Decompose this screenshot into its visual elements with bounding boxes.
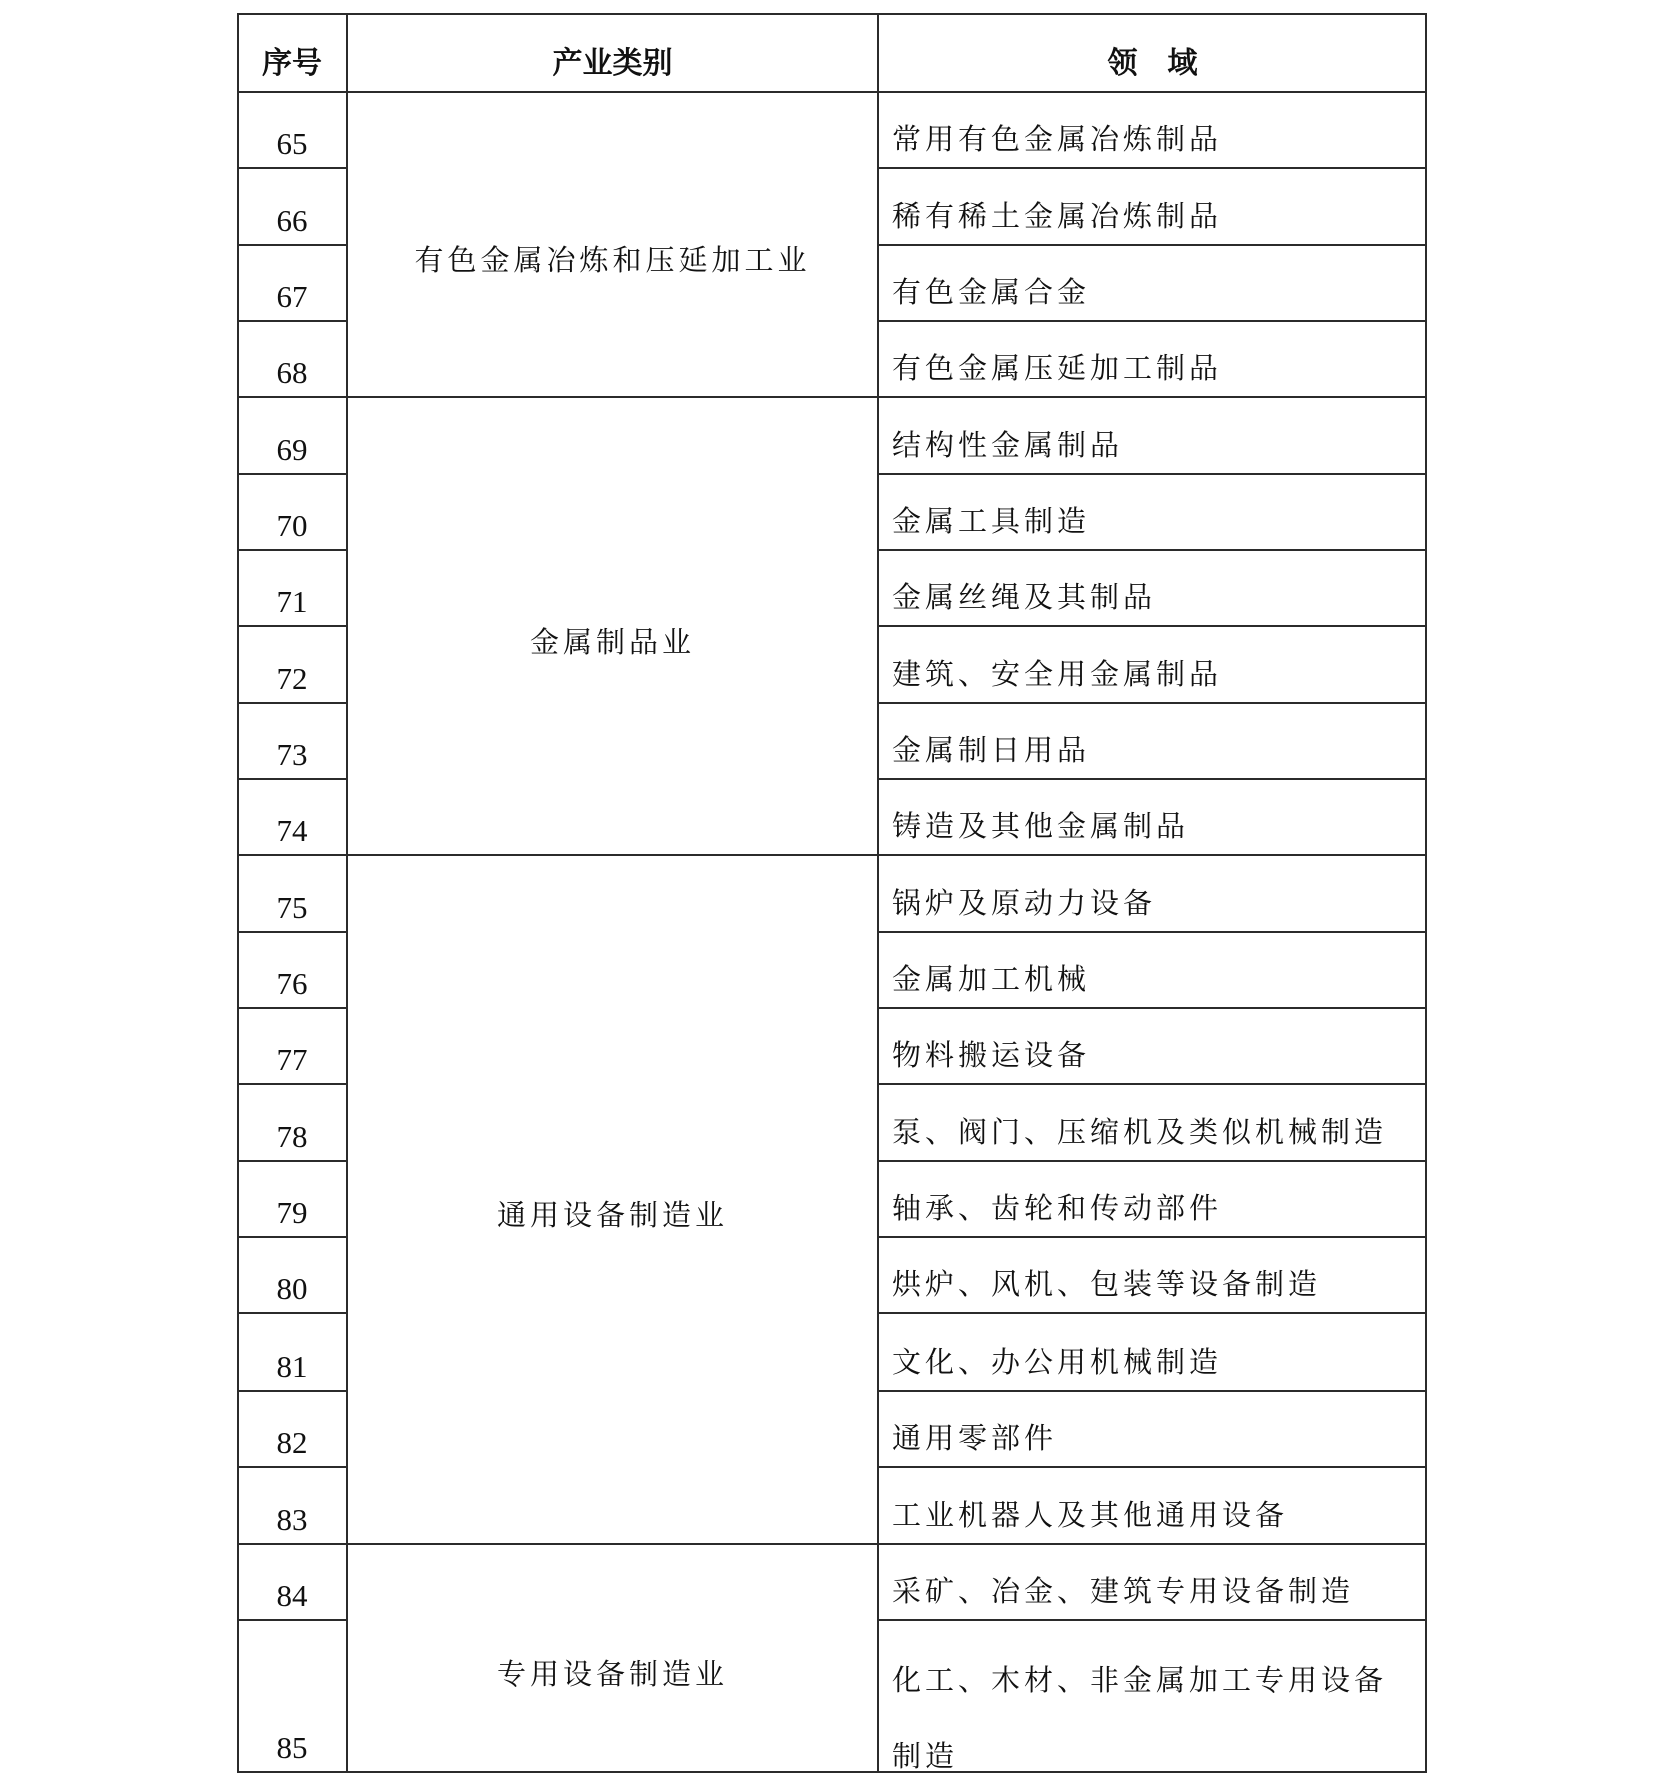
row-number: 81 (237, 1313, 347, 1391)
category-cell: 专用设备制造业 (347, 1544, 878, 1772)
row-number: 66 (237, 168, 347, 245)
table-border-right (1425, 13, 1427, 1773)
row-divider (237, 1083, 347, 1085)
domain-cell: 稀有稀土金属冶炼制品 (878, 168, 1427, 245)
row-number: 78 (237, 1084, 347, 1161)
domain-cell: 通用零部件 (878, 1391, 1427, 1467)
row-number: 65 (237, 92, 347, 168)
row-divider (237, 167, 347, 169)
row-divider (237, 473, 347, 475)
row-number: 70 (237, 474, 347, 550)
row-divider (878, 1236, 1427, 1238)
domain-cell: 采矿、冶金、建筑专用设备制造 (878, 1544, 1427, 1620)
column-divider (877, 13, 879, 1773)
row-number: 84 (237, 1544, 347, 1620)
row-number: 83 (237, 1467, 347, 1544)
domain-cell: 金属工具制造 (878, 474, 1427, 550)
column-divider (346, 13, 348, 1773)
table-border-left (237, 13, 239, 1773)
category-cell: 通用设备制造业 (347, 855, 878, 1544)
row-divider (237, 244, 347, 246)
domain-cell: 有色金属压延加工制品 (878, 321, 1427, 397)
row-divider (878, 1312, 1427, 1314)
row-divider (878, 473, 1427, 475)
row-number: 80 (237, 1237, 347, 1313)
domain-cell: 锅炉及原动力设备 (878, 855, 1427, 932)
row-divider (878, 1619, 1427, 1621)
row-divider (237, 1312, 347, 1314)
domain-line: 制造 (892, 1718, 958, 1789)
row-divider (878, 702, 1427, 704)
row-divider (878, 1083, 1427, 1085)
row-number: 68 (237, 321, 347, 397)
domain-cell: 文化、办公用机械制造 (878, 1313, 1427, 1391)
group-divider (237, 1543, 1427, 1545)
header-divider (237, 91, 1427, 93)
row-number: 73 (237, 703, 347, 779)
row-divider (878, 625, 1427, 627)
row-divider (237, 1160, 347, 1162)
domain-cell: 物料搬运设备 (878, 1008, 1427, 1084)
domain-cell: 铸造及其他金属制品 (878, 779, 1427, 855)
group-divider (237, 396, 1427, 398)
row-divider (237, 1619, 347, 1621)
domain-cell: 建筑、安全用金属制品 (878, 626, 1427, 703)
row-divider (878, 549, 1427, 551)
domain-cell: 金属丝绳及其制品 (878, 550, 1427, 626)
row-number: 67 (237, 245, 347, 321)
row-divider (237, 1236, 347, 1238)
category-cell: 有色金属冶炼和压延加工业 (347, 92, 878, 397)
header-seq: 序号 (237, 13, 347, 92)
header-domain: 领 域 (878, 13, 1427, 92)
row-divider (237, 625, 347, 627)
row-divider (237, 931, 347, 933)
row-number: 69 (237, 397, 347, 474)
domain-cell: 泵、阀门、压缩机及类似机械制造 (878, 1084, 1427, 1161)
row-number: 75 (237, 855, 347, 932)
row-divider (237, 1390, 347, 1392)
row-number: 74 (237, 779, 347, 855)
row-divider (878, 1007, 1427, 1009)
domain-cell: 有色金属合金 (878, 245, 1427, 321)
domain-cell: 金属加工机械 (878, 932, 1427, 1008)
row-divider (878, 778, 1427, 780)
row-divider (237, 1466, 347, 1468)
domain-cell: 常用有色金属冶炼制品 (878, 92, 1427, 168)
row-number: 71 (237, 550, 347, 626)
row-divider (878, 931, 1427, 933)
row-divider (237, 320, 347, 322)
group-divider (237, 854, 1427, 856)
row-number: 72 (237, 626, 347, 703)
row-divider (237, 778, 347, 780)
industry-table: 序号 产业类别 领 域 有色金属冶炼和压延加工业 65 常用有色金属冶炼制品 6… (237, 13, 1427, 1773)
domain-line: 化工、木材、非金属加工专用设备 (892, 1642, 1387, 1718)
row-number: 82 (237, 1391, 347, 1467)
domain-cell: 金属制日用品 (878, 703, 1427, 779)
domain-cell: 烘炉、风机、包装等设备制造 (878, 1237, 1427, 1313)
row-divider (237, 549, 347, 551)
row-divider (237, 702, 347, 704)
domain-cell: 工业机器人及其他通用设备 (878, 1467, 1427, 1544)
row-number: 79 (237, 1161, 347, 1237)
domain-cell-multiline: 化工、木材、非金属加工专用设备 制造 (878, 1620, 1427, 1772)
domain-cell: 结构性金属制品 (878, 397, 1427, 474)
row-divider (878, 1390, 1427, 1392)
row-divider (878, 167, 1427, 169)
row-divider (237, 1007, 347, 1009)
row-number: 76 (237, 932, 347, 1008)
table-border-top (237, 13, 1427, 15)
table-border-bottom (237, 1771, 1427, 1773)
row-divider (878, 1466, 1427, 1468)
row-divider (878, 1160, 1427, 1162)
domain-cell: 轴承、齿轮和传动部件 (878, 1161, 1427, 1237)
row-divider (878, 320, 1427, 322)
header-category: 产业类别 (347, 13, 878, 92)
row-number: 77 (237, 1008, 347, 1084)
row-divider (878, 244, 1427, 246)
category-cell: 金属制品业 (347, 397, 878, 855)
row-number: 85 (237, 1620, 347, 1772)
